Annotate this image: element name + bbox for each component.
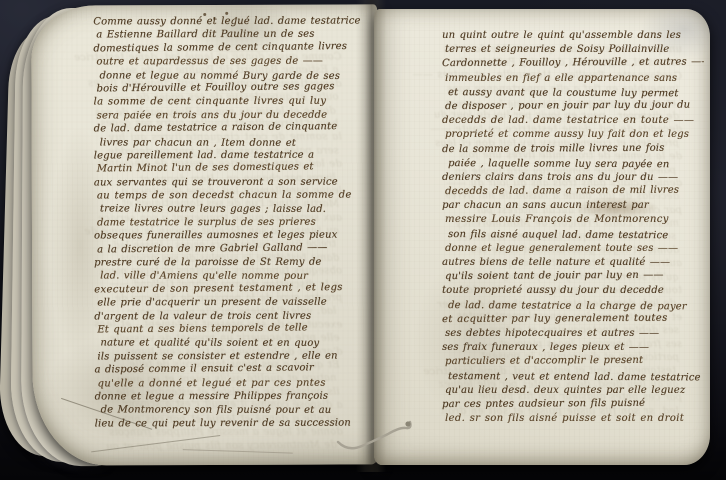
left-page-text: Comme aussy donné et legué lad. dame tes… bbox=[93, 14, 374, 437]
manuscript-line: livres par chacun an , Item donne et bbox=[100, 136, 374, 150]
manuscript-line: a la discretion de mre Gabriel Galland —… bbox=[97, 240, 374, 256]
manuscript-line: de Montmorency son fils puisné pour et a… bbox=[101, 404, 375, 418]
manuscript-line: de la somme de trois mille livres une fo… bbox=[442, 141, 704, 157]
right-page-text: un quint outre le quint qu'assemble dans… bbox=[442, 29, 704, 437]
manuscript-line: au temps de son decedst chacun la somme … bbox=[97, 188, 374, 202]
manuscript-line: Comme aussy donné et legué lad. dame tes… bbox=[93, 14, 373, 28]
manuscript-line: un quint outre le quint qu'assemble dans… bbox=[442, 29, 704, 43]
manuscript-line: par chacun an sans aucun interest par bbox=[442, 199, 704, 213]
manuscript-line: elle prie d'acquerir un present de vaiss… bbox=[97, 296, 374, 310]
manuscript-line: domestiques la somme de cent cinquante l… bbox=[93, 39, 373, 55]
manuscript-line: nature et qualité qu'ils soient et en qu… bbox=[100, 337, 374, 351]
manuscript-photo: Comme aussy donné et legué lad. dame tes… bbox=[0, 0, 726, 480]
manuscript-line: Martin Minot l'un de ses domestiques et bbox=[97, 160, 374, 176]
manuscript-line: ses debtes hipotecquaires et autres —— bbox=[445, 327, 704, 341]
manuscript-line: bois d'Hérouville et Fouilloy outre ses … bbox=[96, 80, 373, 96]
manuscript-line: qu'ils soient tant de jouir par luy en —… bbox=[445, 269, 704, 285]
manuscript-line: decedds de lad. dame testatrice en toute… bbox=[442, 114, 704, 128]
manuscript-line: dame testatrice le surplus de ses priere… bbox=[97, 215, 374, 229]
manuscript-line: treize livres outre leurs gages ; laisse… bbox=[100, 203, 374, 217]
manuscript-line: a disposé comme il ensuit c'est a scavoi… bbox=[94, 361, 374, 377]
manuscript-line: messire Louis François de Montmorency bbox=[445, 213, 704, 227]
left-page: Comme aussy donné et legué lad. dame tes… bbox=[31, 4, 379, 465]
manuscript-line: de Montmorency son fils puisné pour et a… bbox=[51, 439, 337, 452]
manuscript-line: immeubles en fief a elle appartenance sa… bbox=[445, 72, 704, 86]
manuscript-line: donne et legue a messire Philippes franç… bbox=[95, 389, 375, 403]
manuscript-line: de lad. dame testatrice a raison de cinq… bbox=[94, 120, 374, 136]
manuscript-line: aux servantes qui se trouveront a son se… bbox=[94, 175, 374, 189]
manuscript-line: Et quant a ses biens temporels de telle bbox=[97, 321, 374, 337]
manuscript-line: testament , veut et entend lad. dame tes… bbox=[448, 370, 704, 386]
manuscript-line: prestre curé de la paroisse de St Remy d… bbox=[94, 255, 374, 269]
right-page: un quint outre le quint qu'assemble dans… bbox=[374, 9, 710, 465]
manuscript-line: executeur de son present testament , et … bbox=[94, 281, 374, 297]
manuscript-line: et acquitter par luy generalement toutes bbox=[442, 311, 704, 327]
manuscript-line: par ces pntes audsieur son fils puisné bbox=[442, 396, 704, 412]
manuscript-line: qu'elle a donné et legué et par ces pnte… bbox=[97, 376, 374, 390]
manuscript-line: toute proprieté aussy du jour du decedde bbox=[442, 284, 704, 298]
manuscript-line: proprieté et comme aussy luy fait don et… bbox=[445, 128, 704, 142]
manuscript-line: particuliers et d'accomplir le present bbox=[445, 354, 704, 370]
manuscript-line: son fils aisné auquel lad. dame testatri… bbox=[448, 228, 704, 244]
manuscript-line: la somme de cent cinquante livres qui lu… bbox=[94, 95, 374, 109]
manuscript-line: outre et aupardessus de ses gages de —— bbox=[96, 55, 373, 69]
manuscript-line: decedds de lad. dame a raison de mil liv… bbox=[445, 183, 704, 199]
manuscript-line: donne et legue generalement toute ses —— bbox=[445, 242, 704, 256]
manuscript-line: Cardonnette , Fouilloy , Hérouville , et… bbox=[442, 56, 704, 72]
manuscript-line: de disposer , pour en jouir par luy du j… bbox=[445, 98, 704, 114]
manuscript-line: led. sr son fils aisné puisse et soit en… bbox=[445, 412, 704, 426]
manuscript-line: lieu de ce qui peut luy revenir de sa su… bbox=[95, 416, 375, 430]
manuscript-line: paiée , laquelle somme luy sera payée en bbox=[448, 157, 704, 173]
